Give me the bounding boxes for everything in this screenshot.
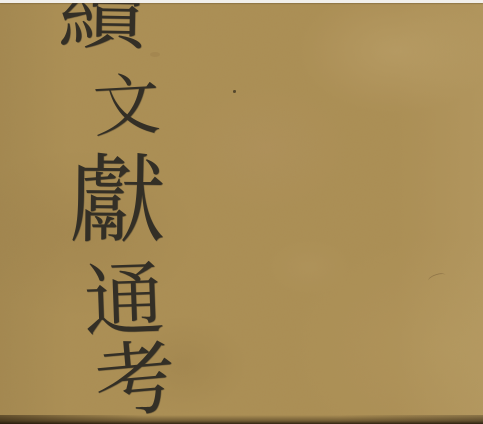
title-char-wen: 文 bbox=[91, 71, 161, 141]
paper-stain bbox=[150, 52, 160, 57]
title-char-tong: 通 bbox=[83, 260, 166, 343]
page-bottom-edge-shadow bbox=[0, 415, 483, 424]
book-cover-page: 續 文 獻 通 考 bbox=[0, 0, 483, 424]
page-top-edge bbox=[0, 0, 483, 3]
paper-fleck bbox=[233, 90, 236, 93]
title-char-xian: 獻 bbox=[69, 152, 167, 250]
paper-scratch bbox=[427, 271, 447, 284]
title-char-kao: 考 bbox=[92, 338, 180, 424]
title-char-xu: 續 bbox=[57, 0, 147, 56]
